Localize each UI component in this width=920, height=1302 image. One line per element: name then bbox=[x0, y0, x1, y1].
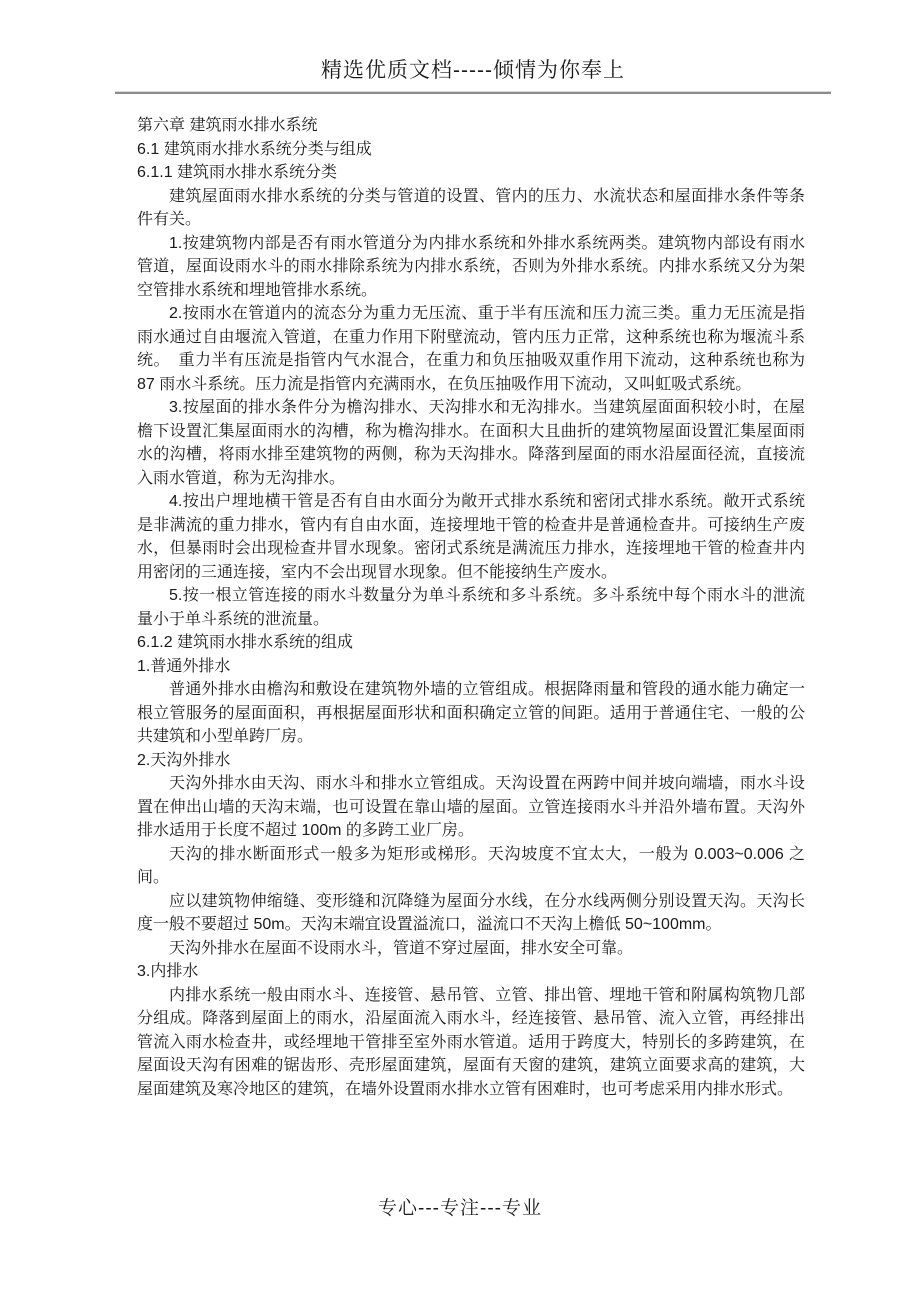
document-page: 精选优质文档-----倾情为你奉上 第六章 建筑雨水排水系统6.1 建筑雨水排水… bbox=[0, 0, 920, 1302]
section-heading: 1.普通外排水 bbox=[137, 655, 805, 679]
header-divider-rule bbox=[115, 91, 831, 94]
body-paragraph: 天沟的排水断面形式一般多为矩形或梯形。天沟坡度不宜太大，一般为 0.003~0.… bbox=[137, 843, 805, 890]
body-paragraph: 普通外排水由檐沟和敷设在建筑物外墙的立管组成。根据降雨量和管段的通水能力确定一根… bbox=[137, 678, 805, 749]
body-paragraph: 建筑屋面雨水排水系统的分类与管道的设置、管内的压力、水流状态和屋面排水条件等条件… bbox=[137, 185, 805, 232]
section-heading: 6.1.2 建筑雨水排水系统的组成 bbox=[137, 631, 805, 655]
section-heading: 3.内排水 bbox=[137, 960, 805, 984]
section-heading: 6.1 建筑雨水排水系统分类与组成 bbox=[137, 138, 805, 162]
body-paragraph: 天沟外排水在屋面不设雨水斗，管道不穿过屋面，排水安全可靠。 bbox=[137, 937, 805, 961]
body-paragraph: 应以建筑物伸缩缝、变形缝和沉降缝为屋面分水线，在分水线两侧分别设置天沟。天沟长度… bbox=[137, 890, 805, 937]
body-paragraph: 内排水系统一般由雨水斗、连接管、悬吊管、立管、排出管、埋地干管和附属构筑物几部分… bbox=[137, 984, 805, 1102]
body-paragraph: 天沟外排水由天沟、雨水斗和排水立管组成。天沟设置在两跨中间并坡向端墙，雨水斗设置… bbox=[137, 772, 805, 843]
body-paragraph: 5.按一根立管连接的雨水斗数量分为单斗系统和多斗系统。多斗系统中每个雨水斗的泄流… bbox=[137, 584, 805, 631]
page-header-text: 精选优质文档-----倾情为你奉上 bbox=[115, 58, 831, 89]
section-heading: 6.1.1 建筑雨水排水系统分类 bbox=[137, 161, 805, 185]
body-paragraph: 1.按建筑物内部是否有雨水管道分为内排水系统和外排水系统两类。建筑物内部设有雨水… bbox=[137, 232, 805, 303]
body-paragraph: 2.按雨水在管道内的流态分为重力无压流、重于半有压流和压力流三类。重力无压流是指… bbox=[137, 302, 805, 396]
page-footer-text: 专心---专注---专业 bbox=[0, 1197, 920, 1221]
body-paragraph: 4.按出户埋地横干管是否有自由水面分为敞开式排水系统和密闭式排水系统。敞开式系统… bbox=[137, 490, 805, 584]
section-heading: 2.天沟外排水 bbox=[137, 749, 805, 773]
section-heading: 第六章 建筑雨水排水系统 bbox=[137, 114, 805, 138]
document-body: 第六章 建筑雨水排水系统6.1 建筑雨水排水系统分类与组成6.1.1 建筑雨水排… bbox=[137, 114, 805, 1101]
body-paragraph: 3.按屋面的排水条件分为檐沟排水、天沟排水和无沟排水。当建筑屋面面积较小时，在屋… bbox=[137, 396, 805, 490]
